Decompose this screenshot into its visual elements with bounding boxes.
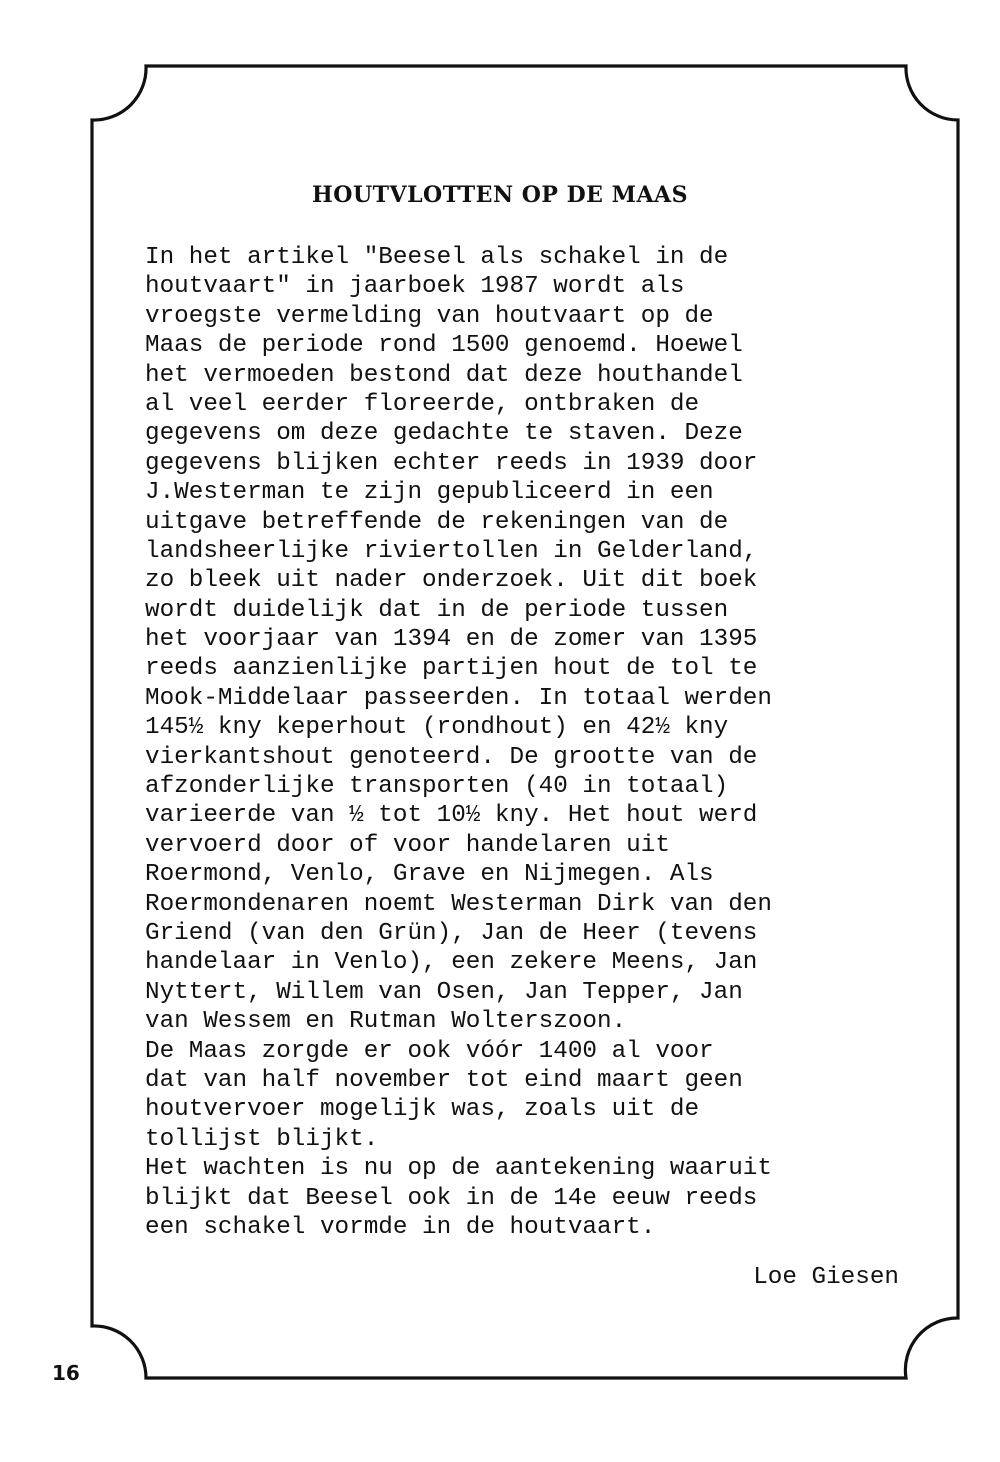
article-line: Roermond, Venlo, Grave en Nijmegen. Als xyxy=(145,860,915,889)
article-body: In het artikel "Beesel als schakel in de… xyxy=(145,243,915,1242)
article-line: blijkt dat Beesel ook in de 14e eeuw ree… xyxy=(145,1184,915,1213)
article-line: Roermondenaren noemt Westerman Dirk van … xyxy=(145,890,915,919)
article-line: handelaar in Venlo), een zekere Meens, J… xyxy=(145,948,915,977)
article-line: vroegste vermelding van houtvaart op de xyxy=(145,302,915,331)
article-line: Griend (van den Grün), Jan de Heer (teve… xyxy=(145,919,915,948)
article-line: houtvervoer mogelijk was, zoals uit de xyxy=(145,1095,915,1124)
article-line: Het wachten is nu op de aantekening waar… xyxy=(145,1154,915,1183)
article-author: Loe Giesen xyxy=(753,1264,899,1291)
article-line: reeds aanzienlijke partijen hout de tol … xyxy=(145,654,915,683)
article-line: 145½ kny keperhout (rondhout) en 42½ kny xyxy=(145,713,915,742)
article-line: houtvaart" in jaarboek 1987 wordt als xyxy=(145,272,915,301)
article-line: Mook-Middelaar passeerden. In totaal wer… xyxy=(145,684,915,713)
article-line: al veel eerder floreerde, ontbraken de xyxy=(145,390,915,419)
article-line: het voorjaar van 1394 en de zomer van 13… xyxy=(145,625,915,654)
article-line: De Maas zorgde er ook vóór 1400 al voor xyxy=(145,1037,915,1066)
article-line: Maas de periode rond 1500 genoemd. Hoewe… xyxy=(145,331,915,360)
article-line: varieerde van ½ tot 10½ kny. Het hout we… xyxy=(145,801,915,830)
article-line: afzonderlijke transporten (40 in totaal) xyxy=(145,772,915,801)
article-line: tollijst blijkt. xyxy=(145,1125,915,1154)
article-line: een schakel vormde in de houtvaart. xyxy=(145,1213,915,1242)
article-line: J.Westerman te zijn gepubliceerd in een xyxy=(145,478,915,507)
article-line: In het artikel "Beesel als schakel in de xyxy=(145,243,915,272)
article-line: zo bleek uit nader onderzoek. Uit dit bo… xyxy=(145,566,915,595)
article-line: landsheerlijke riviertollen in Gelderlan… xyxy=(145,537,915,566)
article-line: gegevens blijken echter reeds in 1939 do… xyxy=(145,449,915,478)
article-line: vierkantshout genoteerd. De grootte van … xyxy=(145,743,915,772)
article-line: Nyttert, Willem van Osen, Jan Tepper, Ja… xyxy=(145,978,915,1007)
article-line: uitgave betreffende de rekeningen van de xyxy=(145,508,915,537)
page-number: 16 xyxy=(52,1361,80,1385)
article-line: vervoerd door of voor handelaren uit xyxy=(145,831,915,860)
article-line: dat van half november tot eind maart gee… xyxy=(145,1066,915,1095)
article-line: het vermoeden bestond dat deze houthande… xyxy=(145,361,915,390)
article-line: gegevens om deze gedachte te staven. Dez… xyxy=(145,419,915,448)
article-line: wordt duidelijk dat in de periode tussen xyxy=(145,596,915,625)
article-title: HOUTVLOTTEN OP DE MAAS xyxy=(0,182,1000,208)
article-line: van Wessem en Rutman Wolterszoon. xyxy=(145,1007,915,1036)
